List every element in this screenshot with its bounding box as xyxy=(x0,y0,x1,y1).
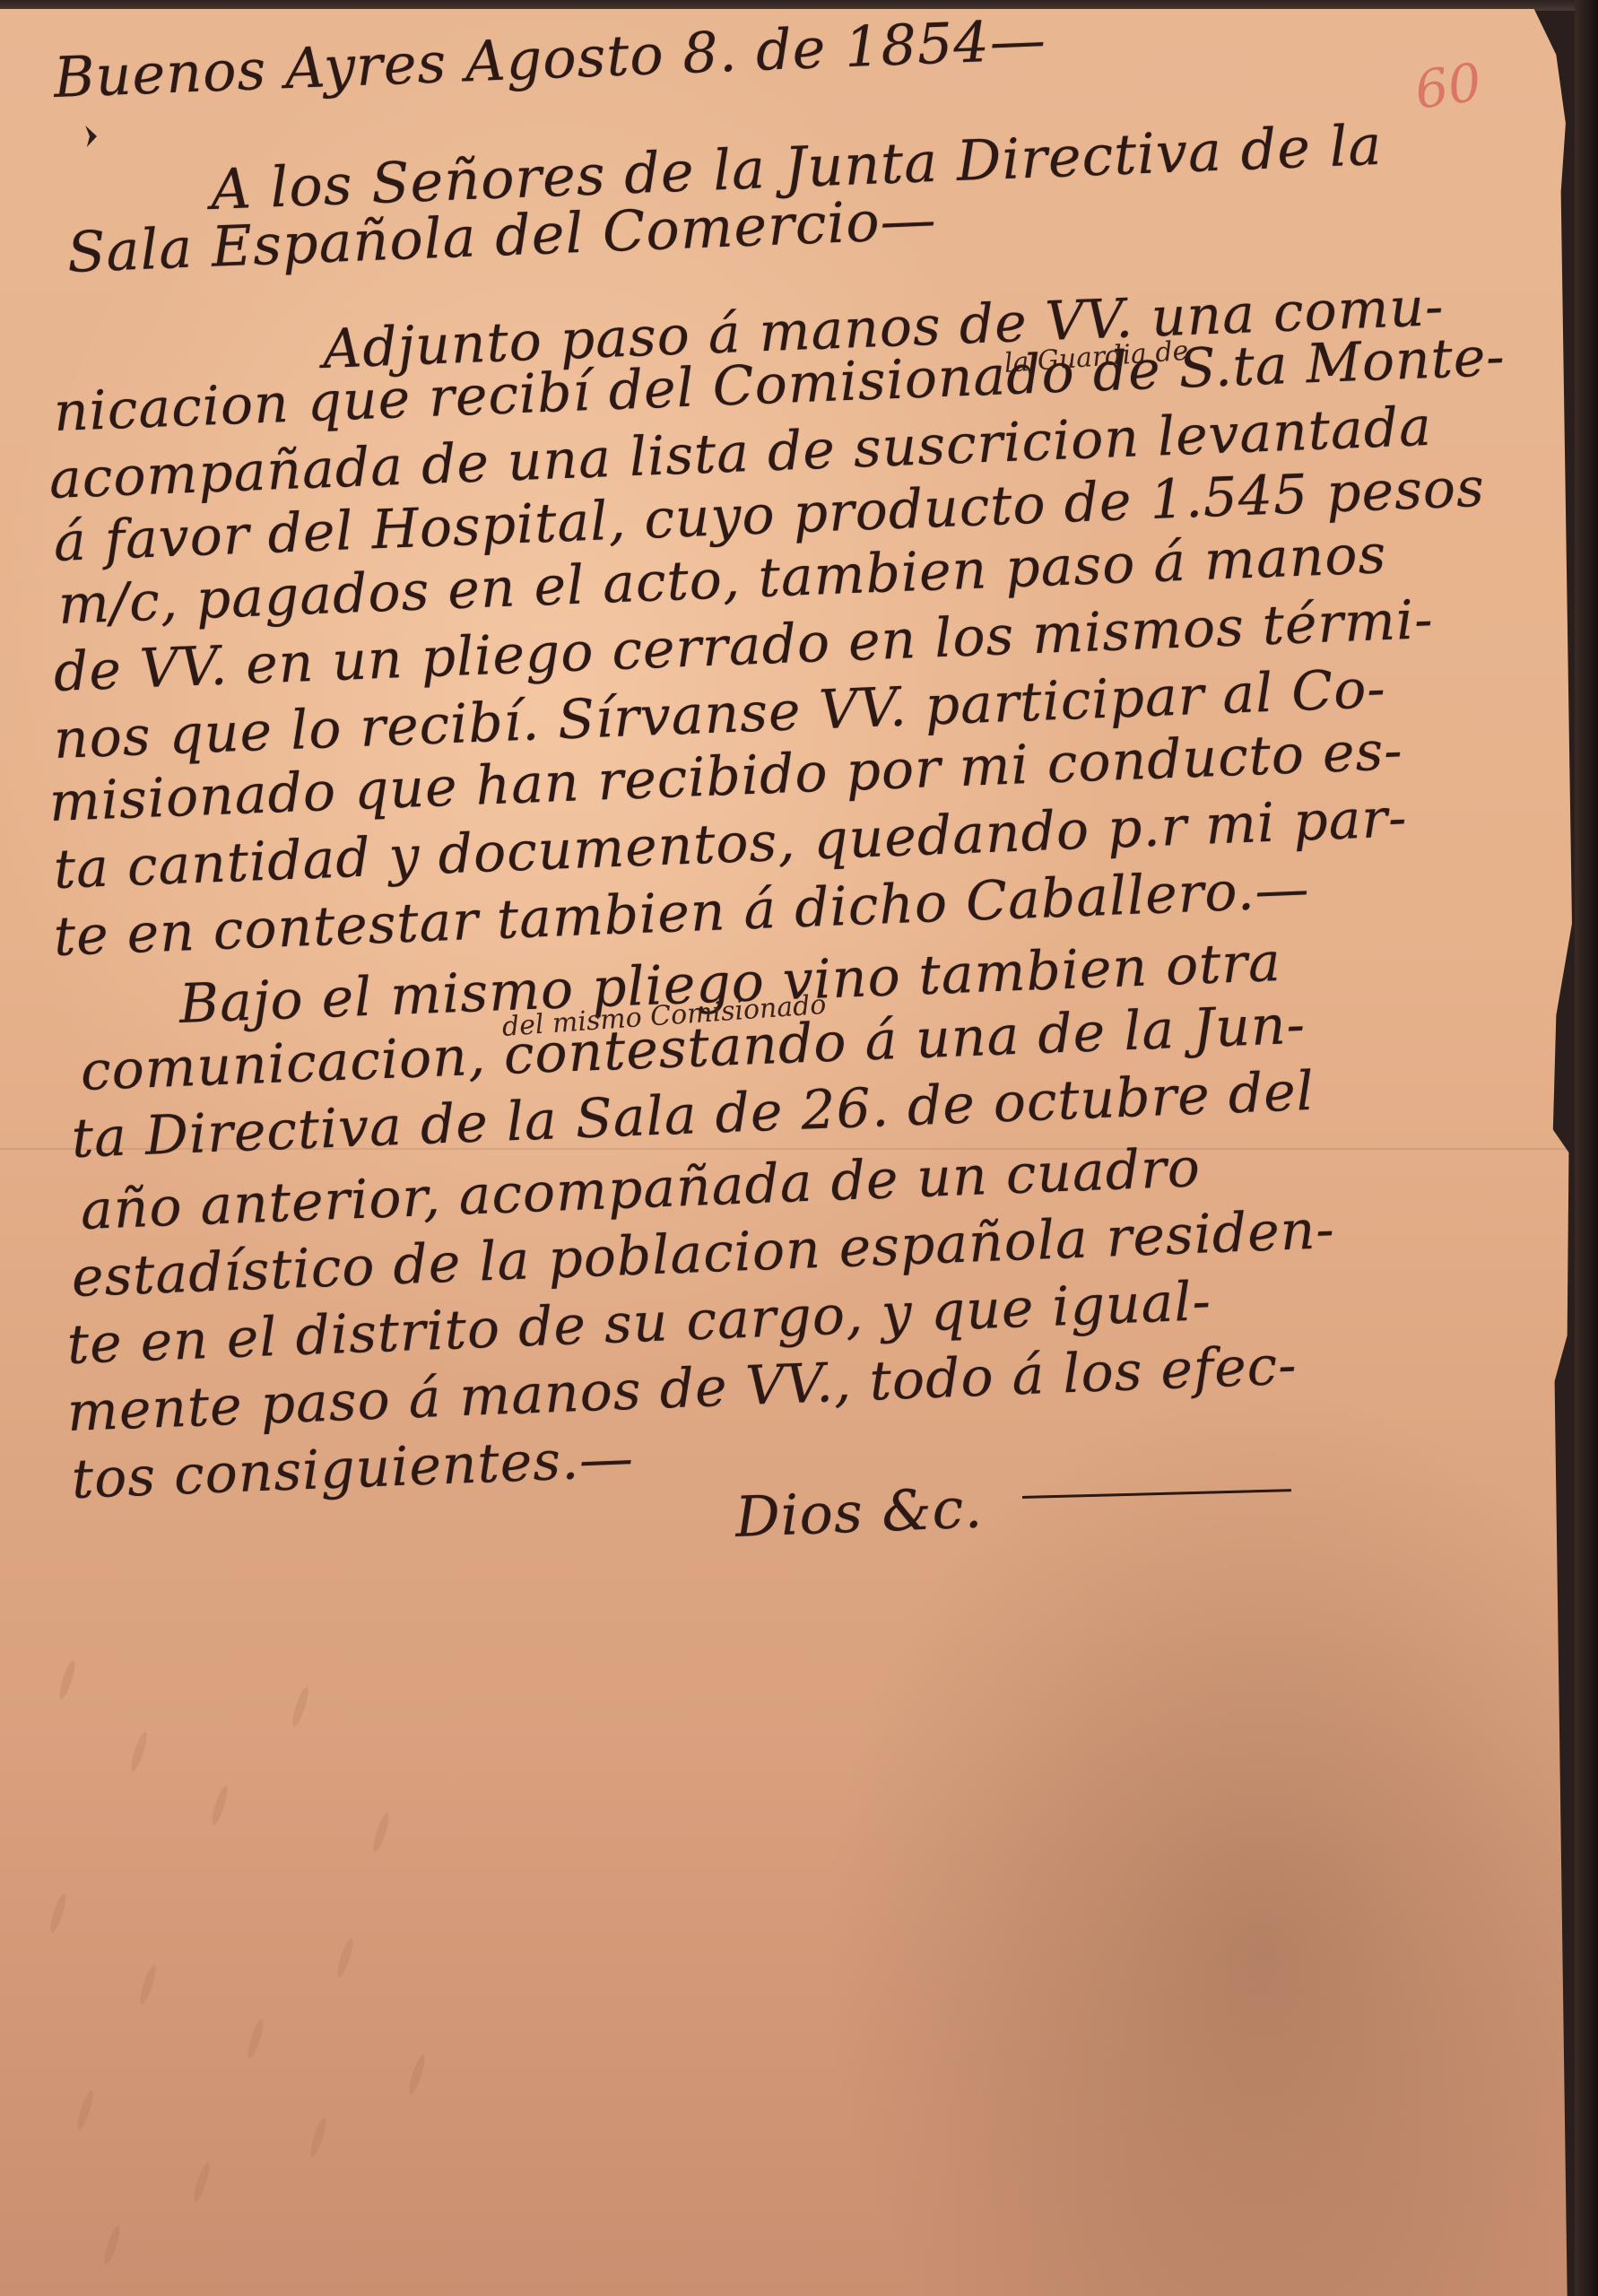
closing: Dios &c. xyxy=(734,1474,985,1550)
closing-flourish xyxy=(1022,1489,1291,1499)
place-date: Buenos Ayres Agosto 8. de 1854— xyxy=(53,7,1047,110)
letter-text: Buenos Ayres Agosto 8. de 1854— A los Se… xyxy=(0,0,1578,2296)
